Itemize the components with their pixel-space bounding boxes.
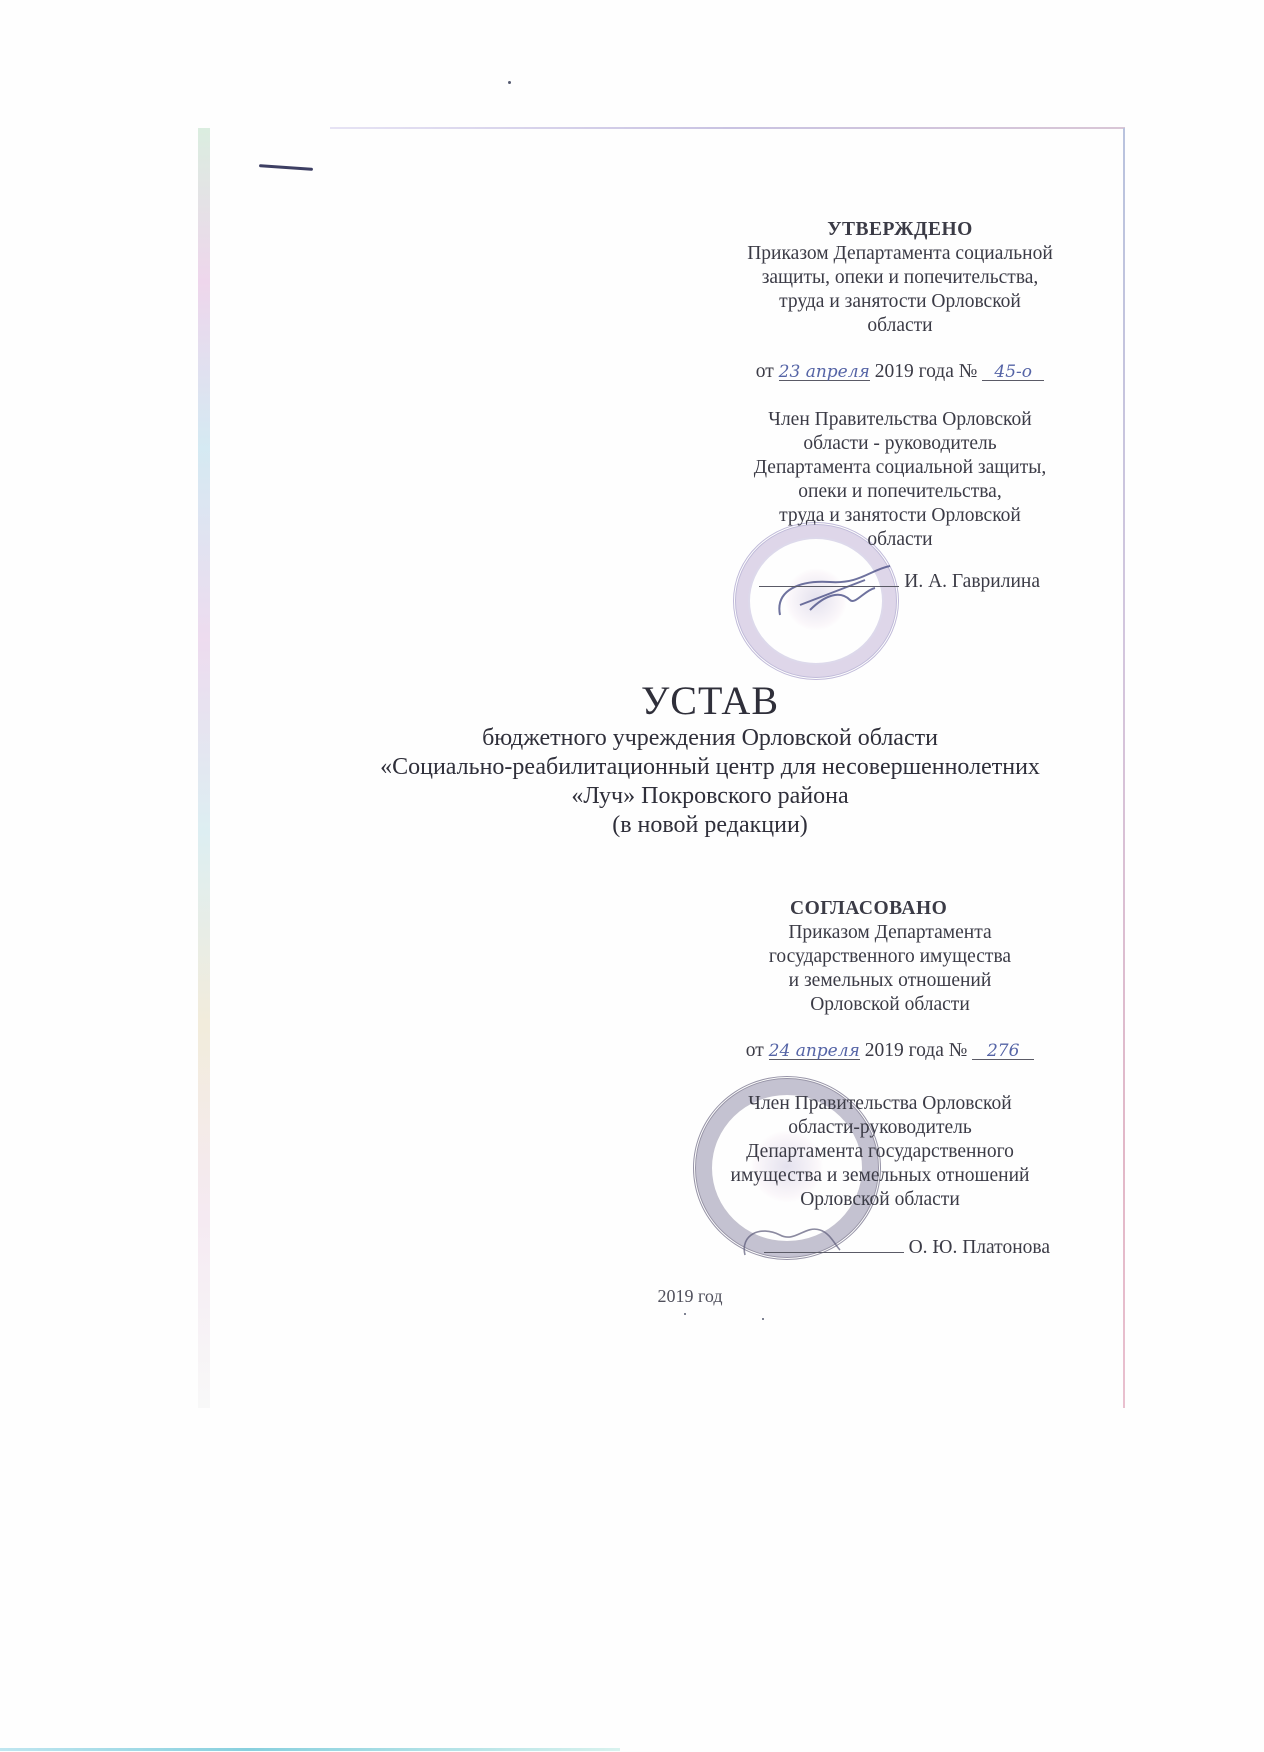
agreer-line: имущества и земельных отношений bbox=[670, 1164, 1090, 1188]
date-prefix: от bbox=[756, 361, 774, 382]
handwritten-date: 24 апреля bbox=[769, 1039, 860, 1060]
agreed-line: и земельных отношений bbox=[690, 969, 1090, 993]
approver-line: области bbox=[700, 528, 1100, 552]
charter-title-block: УСТАВ бюджетного учреждения Орловской об… bbox=[340, 678, 1080, 840]
date-suffix: 2019 года № bbox=[865, 1040, 968, 1061]
agreer-line: Департамента государственного bbox=[670, 1140, 1090, 1164]
agreed-heading: СОГЛАСОВАНО bbox=[690, 897, 1090, 921]
agreer-block: Член Правительства Орловской области-рук… bbox=[670, 1092, 1090, 1260]
approver-line: опеки и попечительства, bbox=[700, 480, 1100, 504]
scan-edge-left bbox=[198, 128, 210, 1408]
charter-subtitle-line: (в новой редакции) bbox=[340, 811, 1080, 840]
scan-edge-bottom bbox=[0, 1748, 620, 1751]
approved-line: Приказом Департамента социальной bbox=[700, 242, 1100, 266]
scan-speck bbox=[684, 1313, 686, 1315]
agreer-line: Орловской области bbox=[670, 1188, 1090, 1212]
handwritten-number: 276 bbox=[972, 1039, 1034, 1060]
charter-subtitle-line: бюджетного учреждения Орловской области bbox=[340, 724, 1080, 753]
agreed-date-line: от 24 апреля 2019 года № 276 bbox=[690, 1039, 1090, 1063]
agreer-name: О. Ю. Платонова bbox=[909, 1237, 1050, 1258]
signature-line bbox=[764, 1232, 904, 1253]
agreer-line: Член Правительства Орловской bbox=[670, 1092, 1090, 1116]
agreer-line: области-руководитель bbox=[670, 1116, 1090, 1140]
charter-title: УСТАВ bbox=[340, 678, 1080, 724]
handwritten-date: 23 апреля bbox=[779, 360, 870, 381]
scan-edge-right bbox=[1123, 128, 1125, 1408]
signature-line bbox=[759, 566, 899, 587]
approver-line: Департамента социальной защиты, bbox=[700, 456, 1100, 480]
approved-line: защиты, опеки и попечительства, bbox=[700, 266, 1100, 290]
scan-speck bbox=[762, 1318, 764, 1320]
agreed-line: государственного имущества bbox=[690, 945, 1090, 969]
scan-speck bbox=[508, 81, 511, 84]
agreer-signature-row: О. Ю. Платонова bbox=[670, 1232, 1090, 1260]
approved-line: труда и занятости Орловской bbox=[700, 290, 1100, 314]
agreed-line: Орловской области bbox=[690, 993, 1090, 1017]
corner-pen-mark bbox=[259, 164, 313, 171]
approver-signature-row: И. А. Гаврилина bbox=[700, 566, 1100, 594]
approver-name: И. А. Гаврилина bbox=[904, 571, 1040, 592]
approver-line: Член Правительства Орловской bbox=[700, 408, 1100, 432]
approved-heading: УТВЕРЖДЕНО bbox=[700, 218, 1100, 242]
document-year: 2019 год bbox=[560, 1286, 820, 1307]
approver-line: труда и занятости Орловской bbox=[700, 504, 1100, 528]
approver-line: области - руководитель bbox=[700, 432, 1100, 456]
agreed-line: Приказом Департамента bbox=[690, 921, 1090, 945]
approved-block: УТВЕРЖДЕНО Приказом Департамента социаль… bbox=[700, 218, 1100, 384]
approved-date-line: от 23 апреля 2019 года № 45-о bbox=[700, 360, 1100, 384]
date-prefix: от bbox=[746, 1040, 764, 1061]
handwritten-number: 45-о bbox=[982, 360, 1044, 381]
scan-edge-top bbox=[330, 127, 1125, 129]
agreed-block: СОГЛАСОВАНО Приказом Департамента госуда… bbox=[690, 897, 1090, 1063]
charter-subtitle-line: «Луч» Покровского района bbox=[340, 782, 1080, 811]
approver-block: Член Правительства Орловской области - р… bbox=[700, 408, 1100, 594]
approved-line: области bbox=[700, 314, 1100, 338]
date-suffix: 2019 года № bbox=[875, 361, 978, 382]
charter-subtitle-line: «Социально-реабилитационный центр для не… bbox=[340, 753, 1080, 782]
